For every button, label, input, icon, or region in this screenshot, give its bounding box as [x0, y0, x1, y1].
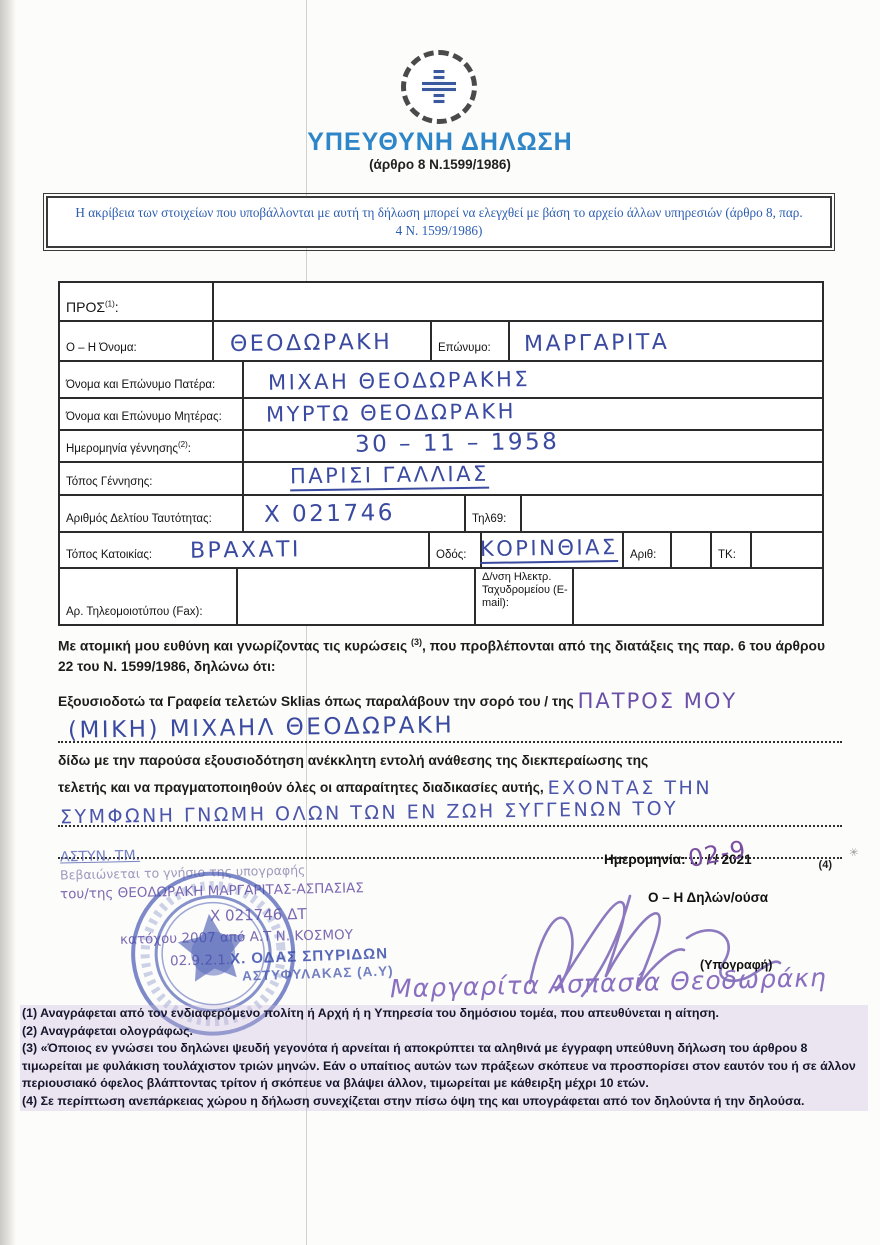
- footnote-3: (3) «Όποιος εν γνώσει του δηλώνει ψευδή …: [20, 1040, 868, 1093]
- residence-label-cell: Τόπος Κατοικίας:: [60, 533, 182, 567]
- email-value-field[interactable]: [572, 569, 822, 624]
- name-label-cell: Ο – Η Όνομα:: [60, 322, 212, 360]
- pros-label: ΠΡΟΣ(1):: [66, 299, 119, 316]
- greek-state-emblem-icon: [401, 52, 477, 122]
- row-father: Όνομα και Επώνυμο Πατέρα: ΜΙΧΑΗ ΘΕΟΔΩΡΑΚ…: [60, 360, 822, 397]
- street-label-cell: Οδός:: [428, 533, 480, 567]
- surname-value-field[interactable]: ΜΑΡΓΑΡΙΤΑ: [508, 322, 822, 360]
- declaration-section: Με ατομική μου ευθύνη και γνωρίζοντας τι…: [58, 636, 842, 873]
- greek-cross-icon: [422, 70, 456, 104]
- fax-label: Αρ. Τηλεομοιοτύπου (Fax):: [66, 606, 203, 620]
- footnote-4: (4) Σε περίπτωση ανεπάρκειας χώρου η δήλ…: [20, 1093, 868, 1111]
- row-name: Ο – Η Όνομα: ΘΕΟΔΩΡΑΚΗ Επώνυμο: ΜΑΡΓΑΡΙΤ…: [60, 320, 822, 360]
- id-value-field[interactable]: Χ 021746: [242, 496, 464, 531]
- row-dob: Ημερομηνία γέννησης(2): 30 – 11 – 1958: [60, 429, 822, 461]
- dotted-line-1[interactable]: (ΜΙΚΗ) ΜΙΧΑΗΛ ΘΕΟΔΩΡΑΚΗ: [58, 715, 842, 743]
- father-label-cell: Όνομα και Επώνυμο Πατέρα:: [60, 362, 242, 397]
- postcode-value-field[interactable]: [750, 533, 822, 567]
- footnote-2: (2) Αναγράφεται ολογράφως.: [20, 1023, 868, 1041]
- birthplace-value-field[interactable]: ΠΑΡΙΣΙ ΓΑΛΛΙΑΣ: [242, 463, 822, 494]
- phone-value-field[interactable]: [520, 496, 822, 531]
- id-label: Αριθμός Δελτίου Ταυτότητας:: [66, 513, 212, 527]
- number-value-field[interactable]: [670, 533, 710, 567]
- dob-label: Ημερομηνία γέννησης(2):: [66, 440, 191, 457]
- residence-value: ΒΡΑΧΑΤΙ: [188, 537, 301, 564]
- footnote-1: (1) Αναγράφεται από τον ενδιαφερόμενο πο…: [20, 1005, 868, 1023]
- postcode-label-cell: ΤΚ:: [710, 533, 750, 567]
- document-title: ΥΠΕΥΘΥΝΗ ΔΗΛΩΣΗ: [0, 128, 880, 157]
- declaration-intro: Με ατομική μου ευθύνη και γνωρίζοντας τι…: [58, 636, 842, 678]
- scanned-declaration-form: ΥΠΕΥΘΥΝΗ ΔΗΛΩΣΗ (άρθρο 8 Ν.1599/1986) Η …: [0, 0, 880, 1245]
- declaration-line2b: τελετής και να πραγματοποιηθούν όλες οι …: [58, 772, 842, 801]
- hw-relation: ΠΑΤΡΟΣ ΜΟΥ: [578, 689, 738, 713]
- birthplace-label: Τόπος Γέννησης:: [66, 476, 153, 490]
- row-mother: Όνομα και Επώνυμο Μητέρας: ΜΥΡΤΩ ΘΕΟΔΩΡΑ…: [60, 397, 822, 429]
- id-label-cell: Αριθμός Δελτίου Ταυτότητας:: [60, 496, 242, 531]
- margin-scribble-mark: ✳: [847, 845, 861, 861]
- mother-value: ΜΥΡΤΩ ΘΕΟΔΩΡΑΚΗ: [250, 399, 516, 427]
- birthplace-value: ΠΑΡΙΣΙ ΓΑΛΛΙΑΣ: [290, 462, 489, 492]
- dotted-line-2[interactable]: ΣΥΜΦΩΝΗ ΓΝΩΜΗ ΟΛΩΝ ΤΩΝ ΕΝ ΖΩΗ ΣΥΓΓΕΝΩΝ Τ…: [58, 801, 842, 827]
- hw-deceased-name: (ΜΙΚΗ) ΜΙΧΑΗΛ ΘΕΟΔΩΡΑΚΗ: [68, 708, 455, 748]
- footnote-4-reference: (4): [819, 857, 832, 874]
- footnotes-block: (1) Αναγράφεται από τον ενδιαφερόμενο πο…: [20, 1005, 868, 1111]
- date-row: Ημερομηνία: … / / 2021 02-9: [604, 852, 752, 867]
- phone-label: Τηλ69:: [472, 513, 506, 527]
- mother-value-field[interactable]: ΜΥΡΤΩ ΘΕΟΔΩΡΑΚΗ: [242, 399, 822, 429]
- scan-edge-shadow: [0, 0, 16, 1245]
- laurel-wreath-icon: [401, 50, 477, 124]
- street-label: Οδός:: [436, 549, 466, 563]
- fax-value-field[interactable]: [236, 569, 474, 624]
- accuracy-notice-box: Η ακρίβεια των στοιχείων που υποβάλλοντα…: [46, 196, 832, 248]
- row-id: Αριθμός Δελτίου Ταυτότητας: Χ 021746 Τηλ…: [60, 494, 822, 531]
- name-value: ΘΕΟΔΩΡΑΚΗ: [220, 330, 393, 357]
- row-fax-email: Αρ. Τηλεομοιοτύπου (Fax): Δ/νση Ηλεκτρ. …: [60, 567, 822, 624]
- birthplace-label-cell: Τόπος Γέννησης:: [60, 463, 242, 494]
- document-subtitle: (άρθρο 8 Ν.1599/1986): [0, 157, 880, 172]
- residence-label: Τόπος Κατοικίας:: [66, 549, 152, 563]
- number-label: Αριθ:: [630, 549, 656, 563]
- father-value: ΜΙΧΑΗ ΘΕΟΔΩΡΑΚΗΣ: [250, 367, 530, 395]
- father-value-field[interactable]: ΜΙΧΑΗ ΘΕΟΔΩΡΑΚΗΣ: [242, 362, 822, 397]
- date-label: Ημερομηνία:: [604, 852, 686, 867]
- declaration-form-table: ΠΡΟΣ(1): Ο – Η Όνομα: ΘΕΟΔΩΡΑΚΗ Επώνυμο:…: [58, 281, 824, 626]
- row-pros: ΠΡΟΣ(1):: [60, 283, 822, 320]
- street-value: ΚΟΡΙΝΘΙΑΣ: [480, 535, 618, 564]
- residence-value-field[interactable]: ΒΡΑΧΑΤΙ: [182, 533, 428, 567]
- postcode-label: ΤΚ:: [718, 549, 736, 563]
- dob-value-field[interactable]: 30 – 11 – 1958: [242, 431, 822, 461]
- fax-label-cell: Αρ. Τηλεομοιοτύπου (Fax):: [60, 569, 236, 624]
- surname-label: Επώνυμο:: [438, 342, 491, 356]
- mother-label: Όνομα και Επώνυμο Μητέρας:: [66, 411, 222, 425]
- dob-label-cell: Ημερομηνία γέννησης(2):: [60, 431, 242, 461]
- street-value-field[interactable]: ΚΟΡΙΝΘΙΑΣ: [480, 533, 622, 567]
- number-label-cell: Αριθ:: [622, 533, 670, 567]
- mother-label-cell: Όνομα και Επώνυμο Μητέρας:: [60, 399, 242, 429]
- email-label: Δ/νση Ηλεκτρ. Ταχυδρομείου (E-mail):: [482, 571, 568, 611]
- pros-value-field[interactable]: [212, 283, 822, 320]
- name-value-field[interactable]: ΘΕΟΔΩΡΑΚΗ: [212, 322, 430, 360]
- surname-label-cell: Επώνυμο:: [430, 322, 508, 360]
- pros-label-cell: ΠΡΟΣ(1):: [60, 283, 212, 320]
- dob-value: 30 – 11 – 1958: [250, 429, 560, 459]
- surname-value: ΜΑΡΓΑΡΙΤΑ: [516, 330, 670, 357]
- id-value: Χ 021746: [250, 500, 395, 528]
- email-label-cell: Δ/νση Ηλεκτρ. Ταχυδρομείου (E-mail):: [474, 569, 572, 624]
- father-label: Όνομα και Επώνυμο Πατέρα:: [66, 379, 215, 393]
- accuracy-notice-text: Η ακρίβεια των στοιχείων που υποβάλλοντα…: [75, 205, 802, 238]
- name-label: Ο – Η Όνομα:: [66, 342, 137, 356]
- row-residence: Τόπος Κατοικίας: ΒΡΑΧΑΤΙ Οδός: ΚΟΡΙΝΘΙΑΣ…: [60, 531, 822, 567]
- phone-label-cell: Τηλ69:: [464, 496, 520, 531]
- declaration-line2a: δίδω με την παρούσα εξουσιοδότηση ανέκκλ…: [58, 751, 842, 772]
- row-birthplace: Τόπος Γέννησης: ΠΑΡΙΣΙ ΓΑΛΛΙΑΣ: [60, 461, 822, 494]
